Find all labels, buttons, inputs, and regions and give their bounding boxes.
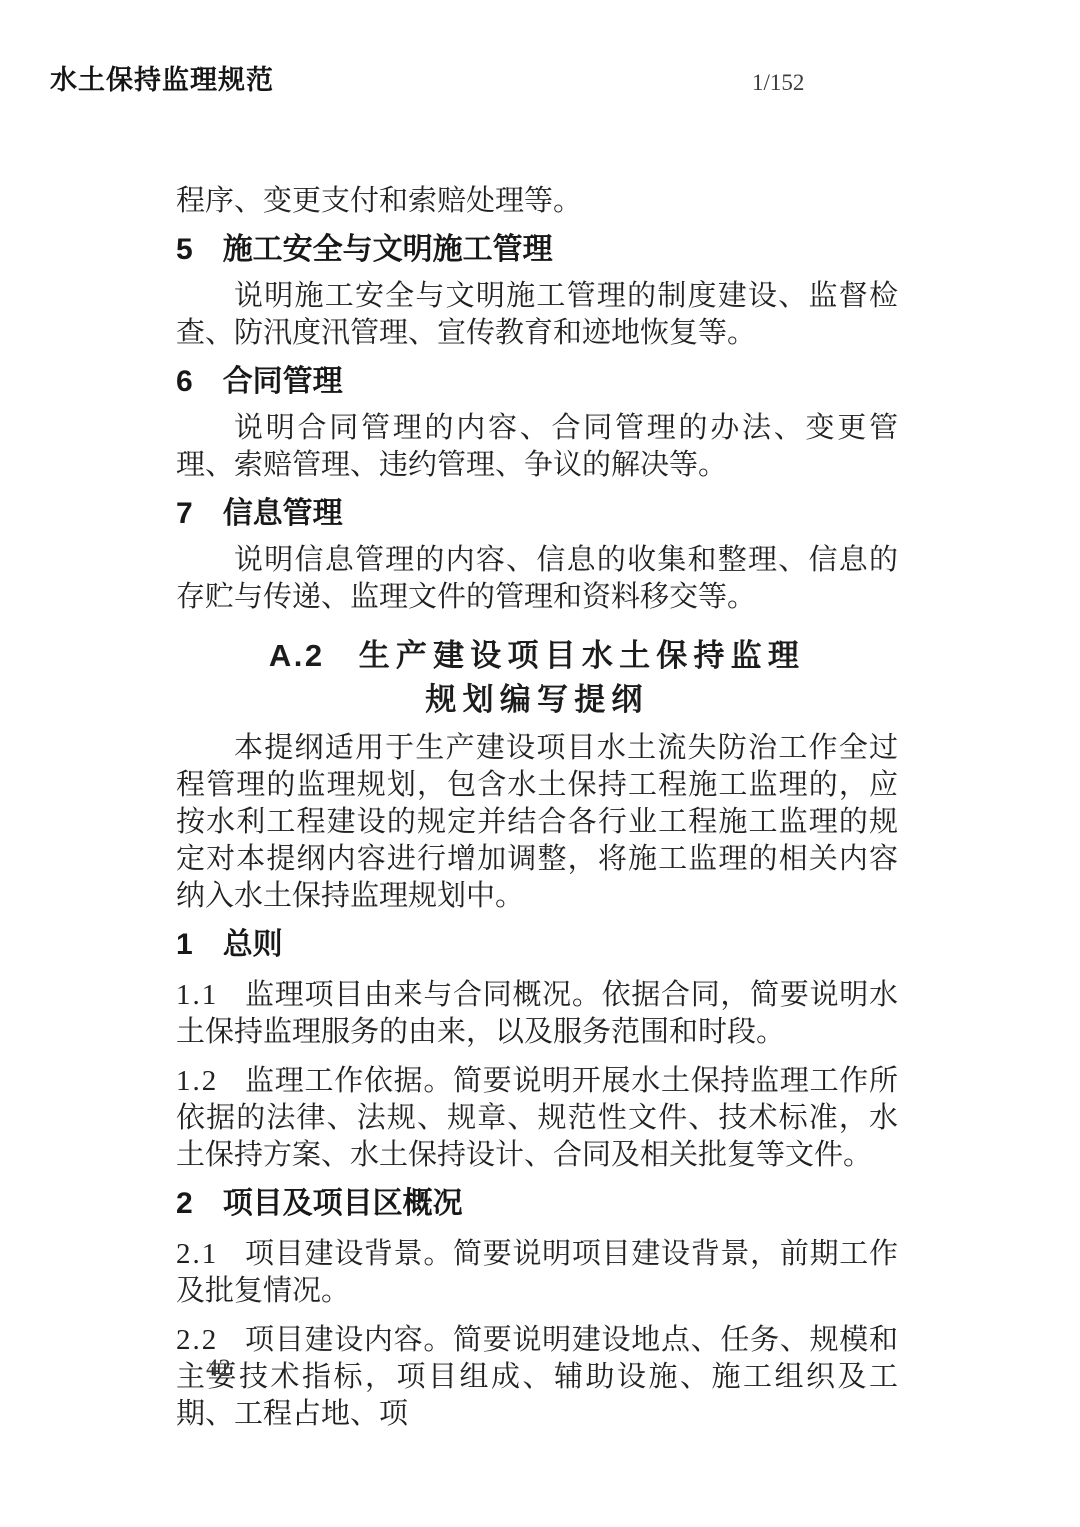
subsection-text: 监理工作依据。简要说明开展水土保持监理工作所依据的法律、法规、规章、规范性文件、… xyxy=(176,1065,898,1171)
section-number: 6 xyxy=(176,365,193,398)
subsection-paragraph-2-1: 2.1项目建设背景。简要说明项目建设背景，前期工作及批复情况。 xyxy=(176,1236,898,1310)
document-title: 水土保持监理规范 xyxy=(50,64,274,96)
section-number: 2 xyxy=(176,1187,193,1220)
section-number: 5 xyxy=(176,233,193,266)
subsection-text: 监理项目由来与合同概况。依据合同，简要说明水土保持监理服务的由来，以及服务范围和… xyxy=(176,979,898,1048)
subsection-number: 1.2 xyxy=(176,1065,218,1097)
document-body: 程序、变更支付和索赔处理等。 5施工安全与文明施工管理 说明施工安全与文明施工管… xyxy=(176,183,898,1433)
section-title: 总则 xyxy=(223,928,283,961)
paragraph: 说明合同管理的内容、合同管理的办法、变更管理、索赔管理、违约管理、争议的解决等。 xyxy=(176,410,898,484)
subsection-number: 1.1 xyxy=(176,979,218,1011)
section-heading-7: 7信息管理 xyxy=(176,494,898,534)
document-page: 水土保持监理规范 1/152 程序、变更支付和索赔处理等。 5施工安全与文明施工… xyxy=(0,0,1080,1527)
appendix-heading-a2: A.2生产建设项目水土保持监理 规划编写提纲 xyxy=(176,634,898,722)
section-title: 施工安全与文明施工管理 xyxy=(223,233,553,266)
appendix-number: A.2 xyxy=(269,638,325,673)
section-number: 7 xyxy=(176,497,193,530)
page-header: 水土保持监理规范 1/152 xyxy=(0,0,1080,110)
subsection-text: 项目建设内容。简要说明建设地点、任务、规模和主要技术指标，项目组成、辅助设施、施… xyxy=(176,1324,898,1430)
paragraph: 说明施工安全与文明施工管理的制度建设、监督检查、防汛度汛管理、宣传教育和迹地恢复… xyxy=(176,278,898,352)
subsection-paragraph-1-2: 1.2监理工作依据。简要说明开展水土保持监理工作所依据的法律、法规、规章、规范性… xyxy=(176,1063,898,1174)
section-heading-5: 5施工安全与文明施工管理 xyxy=(176,230,898,270)
appendix-title-line2: 规划编写提纲 xyxy=(176,678,898,722)
subsection-paragraph-2-2: 2.2项目建设内容。简要说明建设地点、任务、规模和主要技术指标，项目组成、辅助设… xyxy=(176,1322,898,1433)
section-title: 合同管理 xyxy=(223,365,343,398)
subsection-text: 项目建设背景。简要说明项目建设背景，前期工作及批复情况。 xyxy=(176,1238,898,1307)
footer-page-number: 42 xyxy=(206,1355,231,1382)
page-footer: 42 xyxy=(206,1355,231,1383)
paragraph-continuation: 程序、变更支付和索赔处理等。 xyxy=(176,183,898,220)
subsection-number: 2.1 xyxy=(176,1238,218,1270)
section-heading-6: 6合同管理 xyxy=(176,362,898,402)
section-heading-2: 2项目及项目区概况 xyxy=(176,1184,898,1224)
paragraph: 本提纲适用于生产建设项目水土流失防治工作全过程管理的监理规划，包含水土保持工程施… xyxy=(176,730,898,915)
section-title: 项目及项目区概况 xyxy=(223,1187,463,1220)
appendix-title-line1: 生产建设项目水土保持监理 xyxy=(359,638,805,673)
paragraph: 说明信息管理的内容、信息的收集和整理、信息的存贮与传递、监理文件的管理和资料移交… xyxy=(176,542,898,616)
section-number: 1 xyxy=(176,928,193,961)
subsection-paragraph-1-1: 1.1监理项目由来与合同概况。依据合同，简要说明水土保持监理服务的由来，以及服务… xyxy=(176,977,898,1051)
subsection-number: 2.2 xyxy=(176,1324,218,1356)
section-heading-1: 1总则 xyxy=(176,925,898,965)
page-indicator: 1/152 xyxy=(752,70,804,96)
section-title: 信息管理 xyxy=(223,497,343,530)
